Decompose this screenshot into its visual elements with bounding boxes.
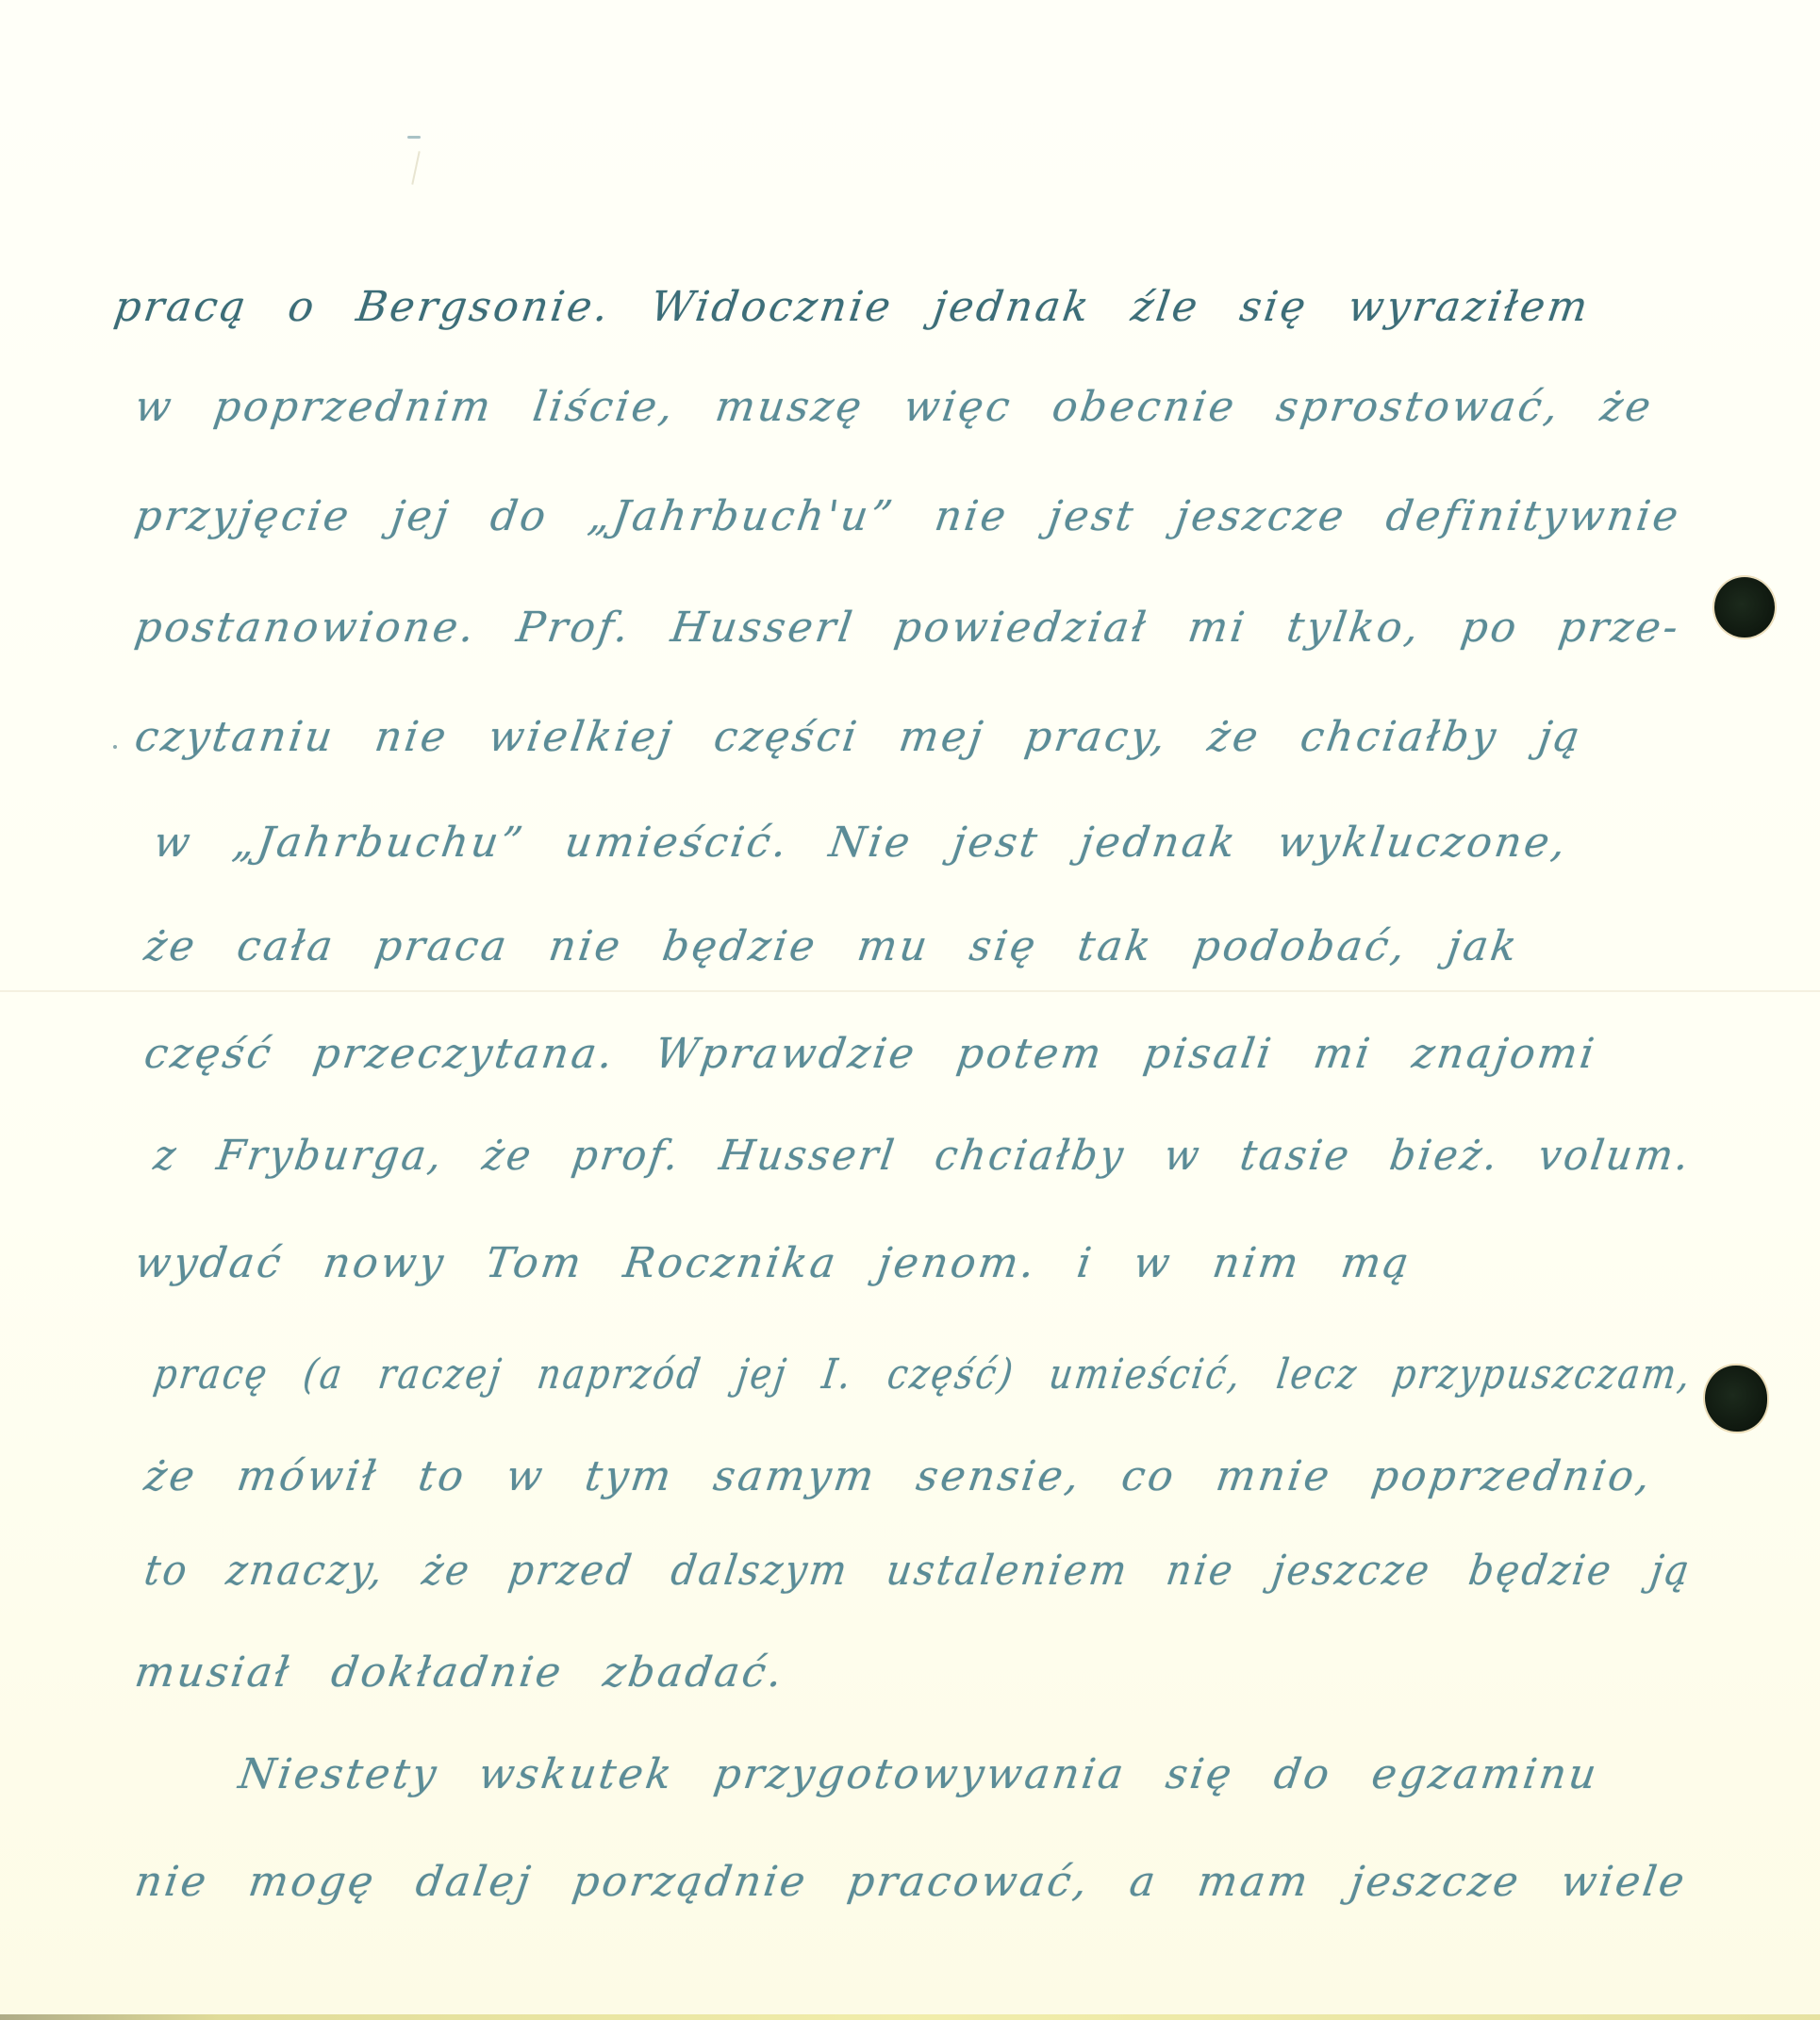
- letter-line: że cała praca nie będzie mu się tak podo…: [141, 922, 1522, 970]
- letter-line: przyjęcie jej do „Jahrbuch'u” nie jest j…: [132, 492, 1684, 540]
- letter-line: w poprzednim liście, muszę więc obecnie …: [132, 383, 1656, 431]
- page-bottom-edge: [0, 2014, 1820, 2020]
- letter-line: z Fryburga, że prof. Husserl chciałby w …: [151, 1132, 1695, 1180]
- letter-line: że mówił to w tym samym sensie, co mnie …: [141, 1452, 1656, 1500]
- letter-line: nie mogę dalej porządnie pracować, a mam…: [132, 1858, 1690, 1906]
- letter-line: pracę (a raczej naprzód jej I. część) um…: [151, 1350, 1696, 1399]
- punch-hole: [1705, 1366, 1767, 1432]
- letter-page: pracą o Bergsonie. Widocznie jednak źle …: [0, 0, 1820, 2020]
- letter-line: postanowione. Prof. Husserl powiedział m…: [132, 604, 1683, 652]
- letter-line: Niestety wskutek przygotowywania się do …: [236, 1750, 1602, 1798]
- letter-line: w „Jahrbuchu” umieścić. Nie jest jednak …: [151, 819, 1571, 867]
- letter-line: część przeczytana. Wprawdzie potem pisal…: [141, 1030, 1599, 1078]
- letter-line: pracą o Bergsonie. Widocznie jednak źle …: [111, 283, 1594, 331]
- punch-hole: [1714, 577, 1775, 637]
- letter-line: to znaczy, że przed dalszym ustaleniem n…: [141, 1547, 1695, 1595]
- letter-body: pracą o Bergsonie. Widocznie jednak źle …: [0, 0, 1820, 2020]
- letter-line: musiał dokładnie zbadać.: [132, 1648, 787, 1697]
- letter-line: wydać nowy Tom Rocznika jenom. i w nim m…: [132, 1239, 1415, 1287]
- letter-line: czytaniu nie wielkiej części mej pracy, …: [132, 713, 1585, 761]
